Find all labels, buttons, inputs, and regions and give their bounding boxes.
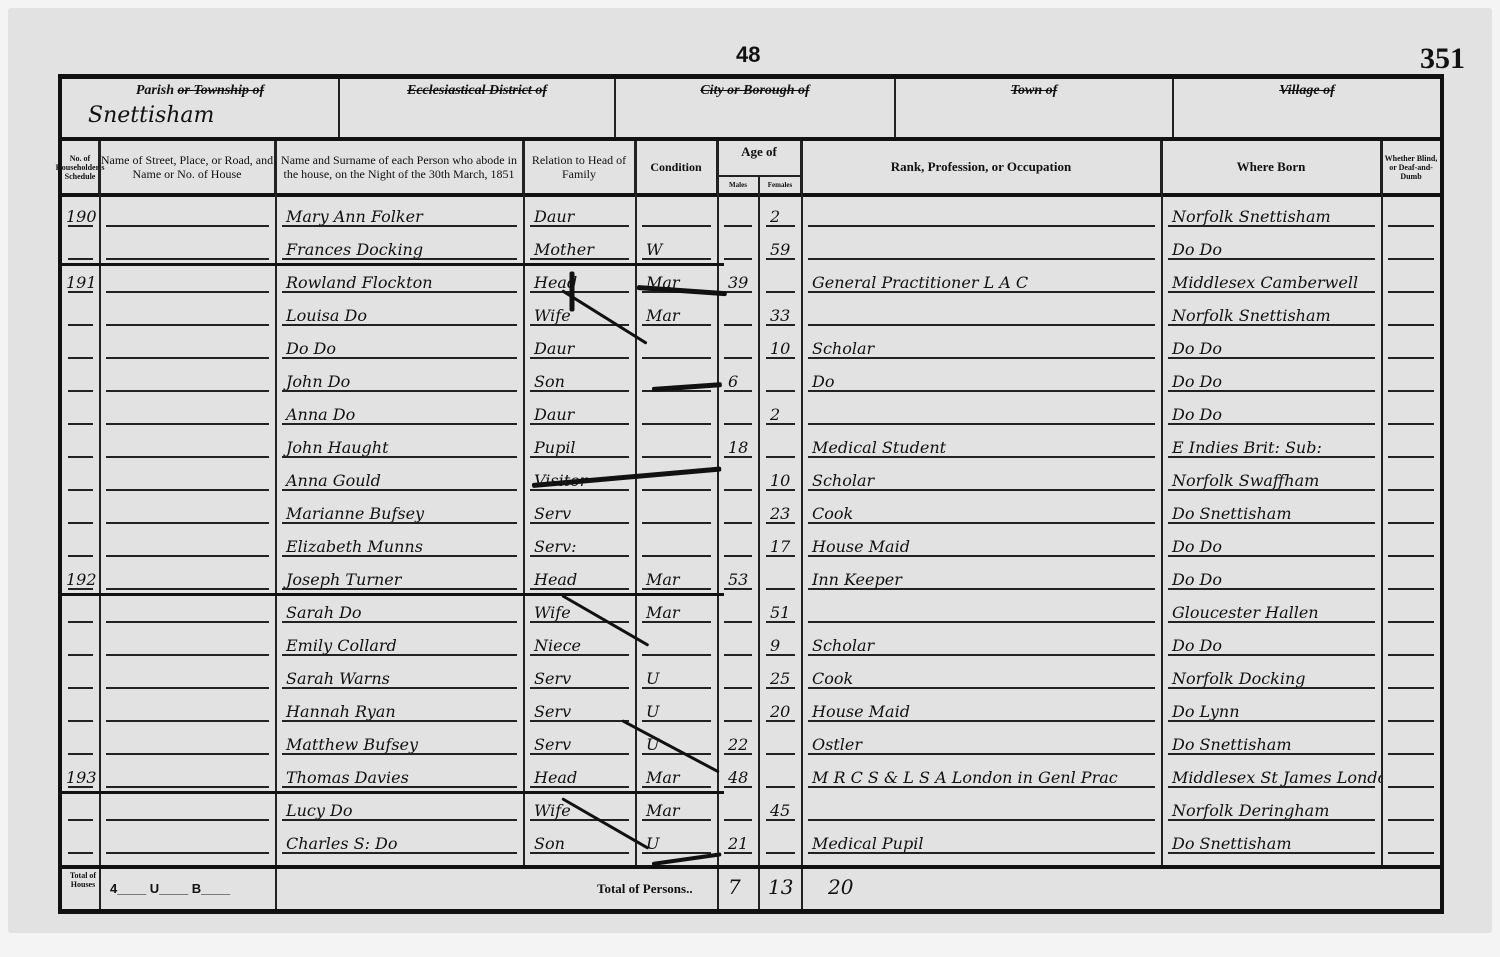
female-age bbox=[760, 725, 801, 758]
where-born: Do Do bbox=[1162, 626, 1381, 659]
female-age: 23 bbox=[760, 494, 801, 527]
blind-deaf-cell bbox=[1382, 461, 1440, 494]
city-cell: City or Borough of bbox=[616, 79, 896, 137]
col-name: Name and Surname of each Person who abod… bbox=[276, 141, 524, 193]
person-name: Thomas Davies bbox=[276, 758, 523, 791]
person-name: Hannah Ryan bbox=[276, 692, 523, 725]
male-age bbox=[718, 494, 758, 527]
census-form: Parish or Township of Snettisham Ecclesi… bbox=[58, 74, 1444, 914]
person-name: Matthew Bufsey bbox=[276, 725, 523, 758]
female-age bbox=[760, 824, 801, 857]
condition bbox=[636, 428, 717, 461]
totals-row: Total of Houses 4____ U____ B____ Total … bbox=[62, 865, 1440, 909]
female-age bbox=[760, 758, 801, 791]
township-label-struck: or Township of bbox=[178, 83, 265, 98]
occupation bbox=[802, 593, 1161, 626]
person-name: John Haught bbox=[276, 428, 523, 461]
street-cell bbox=[100, 824, 275, 857]
person-name: Emily Collard bbox=[276, 626, 523, 659]
person-name: Elizabeth Munns bbox=[276, 527, 523, 560]
total-combined: 20 bbox=[828, 875, 853, 899]
parish-cell: Parish or Township of Snettisham bbox=[62, 79, 340, 137]
schedule-number bbox=[62, 824, 99, 857]
street-cell bbox=[100, 560, 275, 593]
person-name: Do Do bbox=[276, 329, 523, 362]
table-row: Charles S: DoSonU21Medical PupilDo Snett… bbox=[62, 824, 1440, 857]
street-cell bbox=[100, 362, 275, 395]
relation: Son bbox=[524, 362, 635, 395]
schedule-number bbox=[62, 329, 99, 362]
grid-line bbox=[99, 869, 101, 909]
census-page: 48 351 Parish or Township of Snettisham … bbox=[8, 8, 1492, 933]
blind-deaf-cell bbox=[1382, 329, 1440, 362]
female-age: 10 bbox=[760, 329, 801, 362]
blind-deaf-cell bbox=[1382, 659, 1440, 692]
col-occupation: Rank, Profession, or Occupation bbox=[802, 141, 1162, 193]
occupation bbox=[802, 197, 1161, 230]
occupation: Do bbox=[802, 362, 1161, 395]
blind-deaf-cell bbox=[1382, 560, 1440, 593]
male-age: 18 bbox=[718, 428, 758, 461]
column-headers: No. of Householder's Schedule Name of St… bbox=[62, 141, 1440, 197]
street-cell bbox=[100, 692, 275, 725]
females-label: Females bbox=[760, 175, 800, 193]
where-born: Do Snettisham bbox=[1162, 725, 1381, 758]
condition bbox=[636, 197, 717, 230]
where-born: Norfolk Snettisham bbox=[1162, 197, 1381, 230]
condition: U bbox=[636, 824, 717, 857]
occupation: Medical Pupil bbox=[802, 824, 1161, 857]
schedule-number bbox=[62, 461, 99, 494]
occupation: Scholar bbox=[802, 329, 1161, 362]
street-cell bbox=[100, 725, 275, 758]
household-separator bbox=[62, 791, 724, 794]
schedule-number bbox=[62, 494, 99, 527]
males-label: Males bbox=[718, 175, 760, 193]
table-row: 193Thomas DaviesHeadMar48M R C S & L S A… bbox=[62, 758, 1440, 791]
where-born: Do Do bbox=[1162, 395, 1381, 428]
street-cell bbox=[100, 494, 275, 527]
where-born: Do Snettisham bbox=[1162, 494, 1381, 527]
table-row: Louisa DoWifeMar33Norfolk Snettisham bbox=[62, 296, 1440, 329]
male-age bbox=[718, 626, 758, 659]
female-age: 2 bbox=[760, 395, 801, 428]
schedule-number bbox=[62, 395, 99, 428]
street-cell bbox=[100, 329, 275, 362]
schedule-number bbox=[62, 296, 99, 329]
check-mark bbox=[570, 272, 575, 312]
person-name: Lucy Do bbox=[276, 791, 523, 824]
schedule-number bbox=[62, 659, 99, 692]
person-name: Anna Do bbox=[276, 395, 523, 428]
where-born: Do Lynn bbox=[1162, 692, 1381, 725]
female-age bbox=[760, 560, 801, 593]
person-name: John Do bbox=[276, 362, 523, 395]
female-age: 9 bbox=[760, 626, 801, 659]
occupation: Inn Keeper bbox=[802, 560, 1161, 593]
female-age bbox=[760, 362, 801, 395]
street-cell bbox=[100, 791, 275, 824]
male-age bbox=[718, 593, 758, 626]
schedule-number: 190 bbox=[62, 197, 99, 230]
blind-deaf-cell bbox=[1382, 362, 1440, 395]
street-cell bbox=[100, 296, 275, 329]
table-row: Anna DoDaur2Do Do bbox=[62, 395, 1440, 428]
parish-label-text: Parish bbox=[136, 83, 174, 98]
grid-line bbox=[717, 869, 719, 909]
male-age bbox=[718, 692, 758, 725]
condition: Mar bbox=[636, 791, 717, 824]
blind-deaf-cell bbox=[1382, 626, 1440, 659]
male-age: 21 bbox=[718, 824, 758, 857]
folio-number-left: 48 bbox=[736, 42, 760, 68]
where-born: Do Do bbox=[1162, 527, 1381, 560]
person-name: Sarah Warns bbox=[276, 659, 523, 692]
street-cell bbox=[100, 230, 275, 263]
where-born: Norfolk Deringham bbox=[1162, 791, 1381, 824]
schedule-number bbox=[62, 593, 99, 626]
age-of-label: Age of bbox=[718, 145, 800, 159]
col-blind: Whether Blind, or Deaf-and-Dumb bbox=[1382, 141, 1440, 193]
male-age bbox=[718, 461, 758, 494]
table-row: 191Rowland FlocktonHeadMar39General Prac… bbox=[62, 263, 1440, 296]
table-row: Sarah DoWifeMar51Gloucester Hallen bbox=[62, 593, 1440, 626]
village-label: Village of bbox=[1279, 83, 1335, 98]
street-cell bbox=[100, 593, 275, 626]
col-relation: Relation to Head of Family bbox=[524, 141, 636, 193]
occupation: Cook bbox=[802, 659, 1161, 692]
occupation: House Maid bbox=[802, 527, 1161, 560]
street-cell bbox=[100, 428, 275, 461]
person-name: Marianne Bufsey bbox=[276, 494, 523, 527]
condition: Mar bbox=[636, 296, 717, 329]
occupation: Cook bbox=[802, 494, 1161, 527]
male-age bbox=[718, 197, 758, 230]
person-name: Frances Docking bbox=[276, 230, 523, 263]
total-females: 13 bbox=[768, 875, 793, 899]
table-row: Sarah WarnsServU25CookNorfolk Docking bbox=[62, 659, 1440, 692]
condition: Mar bbox=[636, 560, 717, 593]
female-age: 17 bbox=[760, 527, 801, 560]
occupation: M R C S & L S A London in Genl Prac bbox=[802, 758, 1161, 791]
houses-uninhabited-label: U bbox=[150, 881, 159, 896]
condition: W bbox=[636, 230, 717, 263]
where-born: Do Do bbox=[1162, 362, 1381, 395]
street-cell bbox=[100, 197, 275, 230]
col-where-born: Where Born bbox=[1162, 141, 1382, 193]
ecclesiastical-cell: Ecclesiastical District of bbox=[340, 79, 616, 137]
schedule-number bbox=[62, 230, 99, 263]
relation: Head bbox=[524, 560, 635, 593]
relation: Wife bbox=[524, 593, 635, 626]
person-name: Mary Ann Folker bbox=[276, 197, 523, 230]
occupation: Scholar bbox=[802, 626, 1161, 659]
blind-deaf-cell bbox=[1382, 692, 1440, 725]
where-born: E Indies Brit: Sub: bbox=[1162, 428, 1381, 461]
location-header: Parish or Township of Snettisham Ecclesi… bbox=[62, 79, 1440, 141]
schedule-number: 191 bbox=[62, 263, 99, 296]
male-age bbox=[718, 230, 758, 263]
col-street: Name of Street, Place, or Road, and Name… bbox=[100, 141, 276, 193]
where-born: Do Do bbox=[1162, 230, 1381, 263]
parish-value: Snettisham bbox=[88, 103, 214, 128]
person-name: Anna Gould bbox=[276, 461, 523, 494]
blind-deaf-cell bbox=[1382, 230, 1440, 263]
male-age: 48 bbox=[718, 758, 758, 791]
village-cell: Village of bbox=[1174, 79, 1440, 137]
table-row: Do DoDaur10ScholarDo Do bbox=[62, 329, 1440, 362]
person-name: Rowland Flockton bbox=[276, 263, 523, 296]
condition bbox=[636, 494, 717, 527]
condition bbox=[636, 329, 717, 362]
schedule-number bbox=[62, 626, 99, 659]
grid-line bbox=[758, 869, 760, 909]
schedule-number bbox=[62, 791, 99, 824]
street-cell bbox=[100, 263, 275, 296]
folio-number-right: 351 bbox=[1420, 42, 1465, 76]
relation: Serv bbox=[524, 725, 635, 758]
blind-deaf-cell bbox=[1382, 791, 1440, 824]
street-cell bbox=[100, 527, 275, 560]
female-age: 51 bbox=[760, 593, 801, 626]
occupation bbox=[802, 791, 1161, 824]
male-age bbox=[718, 659, 758, 692]
relation: Pupil bbox=[524, 428, 635, 461]
female-age: 10 bbox=[760, 461, 801, 494]
male-age bbox=[718, 395, 758, 428]
person-name: Sarah Do bbox=[276, 593, 523, 626]
household-separator bbox=[62, 593, 724, 596]
female-age: 20 bbox=[760, 692, 801, 725]
where-born: Gloucester Hallen bbox=[1162, 593, 1381, 626]
person-name: Joseph Turner bbox=[276, 560, 523, 593]
table-row: Lucy DoWifeMar45Norfolk Deringham bbox=[62, 791, 1440, 824]
where-born: Middlesex Camberwell bbox=[1162, 263, 1381, 296]
condition bbox=[636, 527, 717, 560]
blind-deaf-cell bbox=[1382, 428, 1440, 461]
schedule-number: 193 bbox=[62, 758, 99, 791]
total-houses-label: Total of Houses bbox=[64, 871, 102, 889]
condition: U bbox=[636, 725, 717, 758]
relation: Daur bbox=[524, 197, 635, 230]
occupation: Ostler bbox=[802, 725, 1161, 758]
col-age: Age of Males Females bbox=[718, 141, 802, 193]
relation: Serv bbox=[524, 692, 635, 725]
total-persons-label: Total of Persons.. bbox=[597, 881, 693, 897]
ecclesiastical-label: Ecclesiastical District of bbox=[407, 83, 547, 98]
blind-deaf-cell bbox=[1382, 494, 1440, 527]
houses-building-label: B bbox=[192, 881, 201, 896]
table-row: 192Joseph TurnerHeadMar53Inn KeeperDo Do bbox=[62, 560, 1440, 593]
female-age: 2 bbox=[760, 197, 801, 230]
street-cell bbox=[100, 626, 275, 659]
relation: Head bbox=[524, 263, 635, 296]
total-houses-values: 4____ U____ B____ bbox=[110, 881, 230, 896]
male-age bbox=[718, 296, 758, 329]
relation: Mother bbox=[524, 230, 635, 263]
where-born: Do Do bbox=[1162, 560, 1381, 593]
where-born: Norfolk Snettisham bbox=[1162, 296, 1381, 329]
blind-deaf-cell bbox=[1382, 263, 1440, 296]
blind-deaf-cell bbox=[1382, 725, 1440, 758]
relation: Niece bbox=[524, 626, 635, 659]
male-age bbox=[718, 527, 758, 560]
total-males: 7 bbox=[728, 875, 741, 899]
occupation: Scholar bbox=[802, 461, 1161, 494]
parish-label: Parish or Township of bbox=[62, 83, 338, 99]
occupation: House Maid bbox=[802, 692, 1161, 725]
female-age bbox=[760, 263, 801, 296]
relation: Serv bbox=[524, 494, 635, 527]
blind-deaf-cell bbox=[1382, 395, 1440, 428]
blind-deaf-cell bbox=[1382, 197, 1440, 230]
male-age: 22 bbox=[718, 725, 758, 758]
schedule-number bbox=[62, 527, 99, 560]
schedule-number bbox=[62, 362, 99, 395]
male-age bbox=[718, 791, 758, 824]
relation: Daur bbox=[524, 395, 635, 428]
grid-line bbox=[801, 869, 803, 909]
street-cell bbox=[100, 461, 275, 494]
col-schedule: No. of Householder's Schedule bbox=[62, 141, 100, 193]
blind-deaf-cell bbox=[1382, 593, 1440, 626]
street-cell bbox=[100, 758, 275, 791]
where-born: Do Do bbox=[1162, 329, 1381, 362]
relation: Serv: bbox=[524, 527, 635, 560]
where-born: Middlesex St James London bbox=[1162, 758, 1381, 791]
col-condition: Condition bbox=[636, 141, 718, 193]
person-name: Charles S: Do bbox=[276, 824, 523, 857]
table-row: John HaughtPupil18Medical StudentE Indie… bbox=[62, 428, 1440, 461]
female-age: 33 bbox=[760, 296, 801, 329]
where-born: Norfolk Swaffham bbox=[1162, 461, 1381, 494]
table-row: Marianne BufseyServ23CookDo Snettisham bbox=[62, 494, 1440, 527]
blind-deaf-cell bbox=[1382, 824, 1440, 857]
female-age: 45 bbox=[760, 791, 801, 824]
grid-line bbox=[275, 869, 277, 909]
table-row: Anna GouldVisitor10ScholarNorfolk Swaffh… bbox=[62, 461, 1440, 494]
street-cell bbox=[100, 395, 275, 428]
table-row: Hannah RyanServU20House MaidDo Lynn bbox=[62, 692, 1440, 725]
table-row: 190Mary Ann FolkerDaur2Norfolk Snettisha… bbox=[62, 197, 1440, 230]
condition bbox=[636, 395, 717, 428]
female-age: 59 bbox=[760, 230, 801, 263]
male-age: 53 bbox=[718, 560, 758, 593]
condition bbox=[636, 626, 717, 659]
town-label: Town of bbox=[1011, 83, 1058, 98]
household-separator bbox=[62, 263, 724, 266]
condition: U bbox=[636, 692, 717, 725]
occupation bbox=[802, 230, 1161, 263]
male-age bbox=[718, 329, 758, 362]
table-row: Emily CollardNiece9ScholarDo Do bbox=[62, 626, 1440, 659]
schedule-number bbox=[62, 428, 99, 461]
street-cell bbox=[100, 659, 275, 692]
occupation bbox=[802, 395, 1161, 428]
blind-deaf-cell bbox=[1382, 758, 1440, 791]
occupation: Medical Student bbox=[802, 428, 1161, 461]
male-age: 6 bbox=[718, 362, 758, 395]
occupation bbox=[802, 296, 1161, 329]
condition: Mar bbox=[636, 593, 717, 626]
where-born: Norfolk Docking bbox=[1162, 659, 1381, 692]
schedule-number: 192 bbox=[62, 560, 99, 593]
relation: Serv bbox=[524, 659, 635, 692]
table-row: Elizabeth MunnsServ:17House MaidDo Do bbox=[62, 527, 1440, 560]
table-row: Matthew BufseyServU22OstlerDo Snettisham bbox=[62, 725, 1440, 758]
city-label: City or Borough of bbox=[700, 83, 809, 98]
female-age: 25 bbox=[760, 659, 801, 692]
condition: U bbox=[636, 659, 717, 692]
blind-deaf-cell bbox=[1382, 296, 1440, 329]
table-row: John DoSon6DoDo Do bbox=[62, 362, 1440, 395]
relation: Head bbox=[524, 758, 635, 791]
relation: Daur bbox=[524, 329, 635, 362]
female-age bbox=[760, 428, 801, 461]
schedule-number bbox=[62, 692, 99, 725]
occupation: General Practitioner L A C bbox=[802, 263, 1161, 296]
schedule-number bbox=[62, 725, 99, 758]
where-born: Do Snettisham bbox=[1162, 824, 1381, 857]
town-cell: Town of bbox=[896, 79, 1174, 137]
table-row: Frances DockingMotherW59Do Do bbox=[62, 230, 1440, 263]
person-name: Louisa Do bbox=[276, 296, 523, 329]
blind-deaf-cell bbox=[1382, 527, 1440, 560]
